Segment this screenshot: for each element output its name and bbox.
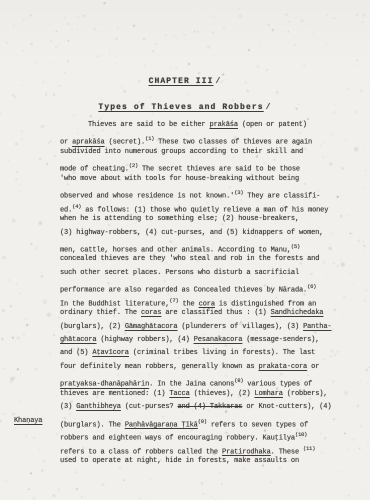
text-line: men, cattle, horses and other animals. A…	[60, 240, 352, 253]
text-segment: 'who move about with tools for house-bre…	[60, 175, 299, 183]
text-line: concealed thieves are they 'who steal an…	[60, 253, 352, 266]
text-segment: Aṭavīcora	[92, 349, 128, 357]
text-segment: (robbers),	[283, 390, 328, 398]
text-line: or aprakāśa (secret).(1) These two class…	[60, 132, 352, 145]
text-segment: or	[307, 363, 319, 371]
text-segment: four definitely mean robbers, generally …	[60, 363, 258, 371]
text-segment: concealed thieves are they 'who steal an…	[60, 255, 319, 263]
title-check-mark: /	[266, 103, 272, 112]
text-line: robbers and eighteen ways of encouraging…	[60, 428, 352, 441]
text-segment: thieves are mentioned: (1)	[60, 390, 169, 398]
text-line: (burglars), (2) Gāmaghātacora (plunderer…	[60, 321, 352, 334]
text-segment: Pesanakacora	[194, 336, 243, 344]
text-line: ed.(4) as follows: (1) those who quietly…	[60, 200, 352, 213]
footnote-ref: (6)	[307, 283, 316, 290]
text-segment: (3) highway-robbers, (4) cut-purses, and…	[60, 229, 323, 237]
text-segment: prakāśa	[210, 121, 238, 129]
text-segment: (highway robbers), (4)	[96, 336, 193, 344]
text-segment: Thieves are said to be either	[88, 121, 210, 129]
text-line: (3) Ganthibheya (cut-purses? and (4) Tak…	[60, 401, 352, 414]
chapter-check-mark: /	[216, 77, 222, 86]
text-segment: subdivided into numerous groups accordin…	[60, 148, 303, 156]
text-segment: Gāmaghātacora	[125, 323, 178, 331]
text-line: thieves are mentioned: (1) Tacca (thieve…	[60, 388, 352, 401]
text-segment: (plunderers of villages), (3)	[177, 323, 303, 331]
text-line: and (5) Aṭavīcora (criminal tribes livin…	[60, 347, 352, 360]
page-content: CHAPTER III/ Types of Thieves and Robber…	[0, 0, 370, 500]
text-line: subdivided into numerous groups accordin…	[60, 146, 352, 159]
footnote-ref: (11)	[303, 445, 315, 452]
text-segment: prakata-cora	[258, 363, 307, 371]
text-segment: Sandhichedaka	[271, 309, 324, 317]
text-line: mode of cheating.(2) The secret thieves …	[60, 159, 352, 172]
text-segment: or Knot-cutters), (4)	[242, 403, 331, 411]
chapter-heading-text: CHAPTER III	[149, 77, 214, 86]
text-line: 'who move about with tools for house-bre…	[60, 173, 352, 186]
text-line: performance are also regarded as Conceal…	[60, 280, 352, 293]
text-segment: are classified thus : (1)	[161, 309, 270, 317]
text-line: In the Buddhist literature,(7) the cora …	[60, 294, 352, 307]
text-segment: used to operate at night, hide in forest…	[60, 457, 299, 465]
text-segment: and (5)	[60, 349, 92, 357]
footnote-ref: (2)	[129, 162, 138, 169]
text-segment: (3)	[60, 403, 76, 411]
text-segment: Khaṇaya	[14, 415, 42, 428]
text-segment: such other secret places. Persons who di…	[60, 269, 299, 277]
text-segment: (criminal tribes living in forests). The…	[129, 349, 315, 357]
footnote-ref: (9)	[198, 418, 207, 425]
text-segment: (message-senders),	[242, 336, 319, 344]
text-line: pratyaksa-dhanāpahārin. In the Jaina can…	[60, 374, 352, 387]
text-line: ordinary thief. The coras are classified…	[60, 307, 352, 320]
text-line: four definitely mean robbers, generally …	[60, 361, 352, 374]
text-line: ghātacora (highway robbers), (4) Pesanak…	[60, 334, 352, 347]
text-line: (3) highway-robbers, (4) cut-purses, and…	[60, 227, 352, 240]
text-line: refers to a class of robbers called the …	[60, 442, 352, 455]
text-segment: Pantha-	[303, 323, 331, 331]
page-title-text: Types of Thieves and Robbers	[98, 103, 263, 112]
text-segment: Tacca	[169, 390, 189, 398]
scanned-page: CHAPTER III/ Types of Thieves and Robber…	[0, 0, 370, 500]
text-segment: ghātacora	[60, 336, 96, 344]
footnote-ref: (5)	[291, 243, 300, 250]
footnote-ref: (1)	[145, 135, 154, 142]
text-line: when he is attending to something else; …	[60, 213, 352, 226]
text-segment: Lomhara	[254, 390, 282, 398]
text-line: observed and whose residence is not know…	[60, 186, 352, 199]
text-segment: when he is attending to something else; …	[60, 215, 299, 223]
text-segment: (cut-purses?	[121, 403, 178, 411]
text-segment: (open or patent)	[238, 121, 307, 129]
text-segment: coras	[141, 309, 161, 317]
text-segment: and (4) Takkaras	[177, 403, 242, 411]
footnote-ref: (10)	[295, 431, 307, 438]
text-line: Thieves are said to be either prakāśa (o…	[60, 119, 352, 132]
chapter-heading: CHAPTER III/	[0, 77, 370, 86]
footnote-ref: (8)	[234, 377, 243, 384]
footnote-ref: (3)	[234, 189, 243, 196]
text-segment: (thieves), (2)	[190, 390, 255, 398]
body-text: Thieves are said to be either prakāśa (o…	[60, 119, 352, 468]
text-line: Khaṇaya(burglars). The Paṇhāvāgaraṇa Ṭīk…	[60, 415, 352, 428]
text-line: such other secret places. Persons who di…	[60, 267, 352, 280]
text-line: used to operate at night, hide in forest…	[60, 455, 352, 468]
page-title: Types of Thieves and Robbers/	[0, 103, 370, 112]
text-segment: (burglars), (2)	[60, 323, 125, 331]
text-segment: Ganthibheya	[76, 403, 121, 411]
footnote-ref: (4)	[72, 203, 81, 210]
text-segment: ordinary thief. The	[60, 309, 141, 317]
